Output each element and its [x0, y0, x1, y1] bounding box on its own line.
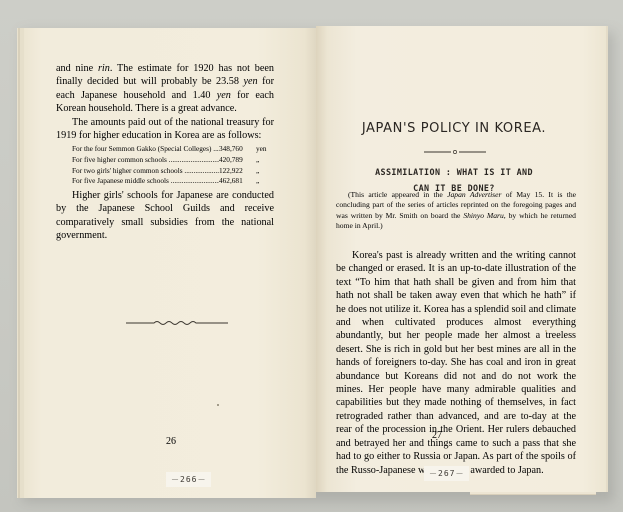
note-text: (This article appeared in the — [348, 190, 447, 199]
row-unit: „ — [253, 166, 274, 177]
italic-run: yen — [243, 76, 257, 87]
left-paragraph-3: Higher girls' schools for Japanese are c… — [56, 189, 274, 243]
row-value: 420,789 — [219, 155, 253, 166]
row-value: 122,922 — [219, 166, 253, 177]
publication-name: Japan Advertiser — [447, 190, 501, 199]
italic-run: rin — [98, 63, 110, 74]
table-row: For five Japanese middle schools 462,681… — [72, 176, 274, 187]
left-paragraph-1: and nine rin. The estimate for 1920 has … — [56, 62, 274, 116]
paper-speck — [217, 404, 219, 406]
row-unit: „ — [253, 155, 274, 166]
expenditure-table: For the four Semmon Gakko (Special Colle… — [72, 144, 274, 186]
row-label: For two girls' higher common schools — [72, 166, 219, 177]
left-archive-stamp: －266－ — [166, 472, 211, 487]
right-page-number: 27 — [422, 430, 452, 441]
subtitle-line-1: ASSIMILATION : WHAT IS IT AND — [336, 164, 572, 180]
row-label: For five Japanese middle schools — [72, 176, 219, 187]
row-value: 462,681 — [219, 176, 253, 187]
title-ornament-rule — [424, 149, 486, 155]
right-archive-stamp: －267－ — [424, 466, 469, 481]
text-run: and nine — [56, 63, 98, 74]
row-label: For five higher common schools — [72, 155, 219, 166]
body-paragraph: Korea's past is already written and the … — [336, 249, 576, 477]
table-row: For five higher common schools 420,789 „ — [72, 155, 274, 166]
italic-run: yen — [217, 90, 231, 101]
row-label: For the four Semmon Gakko (Special Colle… — [72, 144, 219, 155]
editorial-note: (This article appeared in the Japan Adve… — [336, 190, 576, 232]
article-title: JAPAN'S POLICY IN KOREA. — [336, 121, 572, 136]
left-page-text: and nine rin. The estimate for 1920 has … — [56, 62, 274, 242]
article-body: Korea's past is already written and the … — [336, 249, 576, 477]
left-paragraph-2: The amounts paid out of the national tre… — [56, 116, 274, 143]
table-row: For the four Semmon Gakko (Special Colle… — [72, 144, 274, 155]
ship-name: Shinyo Maru — [463, 211, 503, 220]
row-unit: yen — [253, 144, 274, 155]
wavy-rule-ornament — [126, 317, 228, 329]
table-row: For two girls' higher common schools 122… — [72, 166, 274, 177]
left-page-number: 26 — [156, 436, 186, 447]
row-unit: „ — [253, 176, 274, 187]
row-value: 348,760 — [219, 144, 253, 155]
